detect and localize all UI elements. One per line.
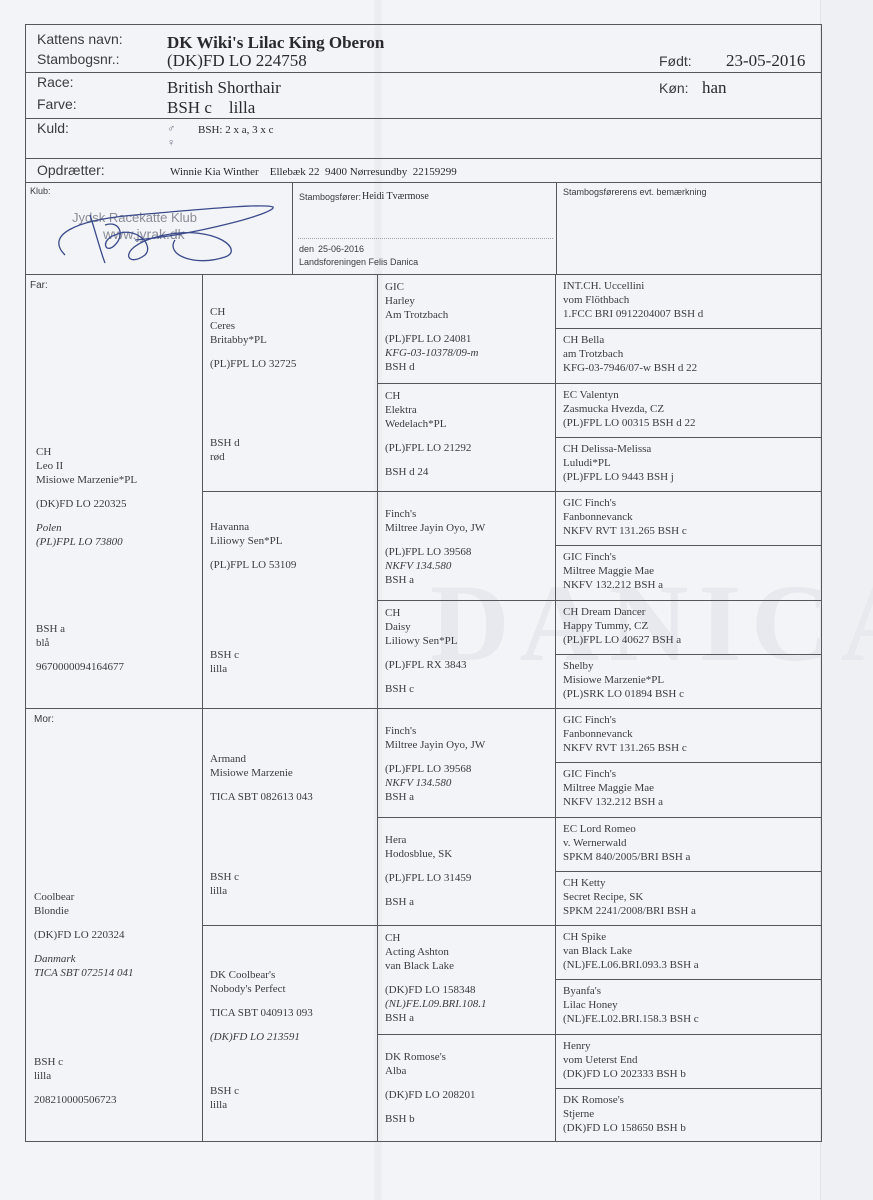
cell-line: NKFV 134.580: [385, 559, 485, 573]
cell-line: (NL)FE.L02.BRI.158.3 BSH c: [563, 1012, 699, 1026]
cell-line: lilla: [210, 884, 239, 898]
reg-number: (DK)FD LO 224758: [167, 51, 307, 71]
cell-line: [210, 996, 313, 1006]
cell-line: Miltree Maggie Mae: [563, 564, 663, 578]
divider: [377, 600, 822, 601]
cell-line: Ceres: [210, 319, 296, 333]
cell-line: [385, 672, 467, 682]
cell-line: (DK)FD LO 158650 BSH b: [563, 1121, 686, 1135]
cell-line: CH Spike: [563, 930, 699, 944]
cell-line: CH Ketty: [563, 876, 696, 890]
great-great-grandparent-10: GIC Finch'sMiltree Maggie MaeNKFV 132.21…: [563, 767, 663, 809]
great-grandparent-2: CHElektraWedelach*PL(PL)FPL LO 21292BSH …: [385, 389, 471, 479]
cell-line: [385, 861, 471, 871]
cell-line: [385, 455, 471, 465]
cell-line: BSH b: [385, 1112, 475, 1126]
cell-line: CH: [36, 445, 137, 459]
great-great-grandparent-6: GIC Finch'sMiltree Maggie MaeNKFV 132.21…: [563, 550, 663, 592]
cell-line: Secret Recipe, SK: [563, 890, 696, 904]
cell-line: CH Delissa-Melissa: [563, 442, 674, 456]
cell-line: (DK)FD LO 202333 BSH b: [563, 1067, 686, 1081]
cell-line: (PL)FPL LO 31459: [385, 871, 471, 885]
cell-line: BSH c: [210, 648, 239, 662]
great-great-grandparent-11: EC Lord Romeov. WernerwaldSPKM 840/2005/…: [563, 822, 690, 864]
cell-line: KFG-03-7946/07-w BSH d 22: [563, 361, 697, 375]
cell-line: SPKM 2241/2008/BRI BSH a: [563, 904, 696, 918]
sex-value: han: [702, 78, 727, 98]
cell-line: Liliowy Sen*PL: [385, 634, 467, 648]
cell-line: NKFV 132.212 BSH a: [563, 795, 663, 809]
cell-line: 208210000506723: [34, 1093, 117, 1107]
cell-line: van Black Lake: [563, 944, 699, 958]
cell-line: (PL)FPL LO 21292: [385, 441, 471, 455]
cell-line: SPKM 840/2005/BRI BSH a: [563, 850, 690, 864]
breed-label: Race:: [37, 74, 74, 90]
grandparent-3-color: BSH clilla: [210, 870, 239, 898]
cell-line: [210, 1020, 313, 1030]
grandparent-4: DK Coolbear'sNobody's PerfectTICA SBT 04…: [210, 968, 313, 1044]
female-symbol-icon: ♀: [167, 137, 175, 149]
remarks-label: Stambogsførerens evt. bemærkning: [563, 187, 707, 197]
cell-line: CH: [385, 606, 467, 620]
cell-line: Nobody's Perfect: [210, 982, 313, 996]
cell-line: [210, 548, 296, 558]
cell-line: vom Flöthbach: [563, 293, 703, 307]
cell-line: TICA SBT 072514 041: [34, 966, 134, 980]
cell-line: TICA SBT 082613 043: [210, 790, 313, 804]
great-great-grandparent-5: GIC Finch'sFanbonnevanckNKFV RVT 131.265…: [563, 496, 687, 538]
grandparent-4-color: BSH clilla: [210, 1084, 239, 1112]
cell-line: Shelby: [563, 659, 684, 673]
cell-line: 1.FCC BRI 0912204007 BSH d: [563, 307, 703, 321]
cell-line: (PL)FPL LO 00315 BSH d 22: [563, 416, 696, 430]
cell-line: Luludi*PL: [563, 456, 674, 470]
divider: [555, 1088, 822, 1089]
divider: [202, 925, 822, 926]
great-grandparent-1: GICHarleyAm Trotzbach(PL)FPL LO 24081KFG…: [385, 280, 479, 374]
cell-line: rød: [210, 450, 240, 464]
cell-line: CH: [210, 305, 296, 319]
great-grandparent-5: Finch'sMiltree Jayin Oyo, JW(PL)FPL LO 3…: [385, 714, 485, 804]
cell-line: [210, 780, 313, 790]
cell-line: GIC Finch's: [563, 713, 687, 727]
cell-line: CH Dream Dancer: [563, 605, 681, 619]
cell-line: NKFV RVT 131.265 BSH c: [563, 524, 687, 538]
cell-line: BSH a: [385, 573, 485, 587]
cell-line: BSH c: [34, 1055, 117, 1069]
cell-line: Danmark: [34, 952, 134, 966]
cell-line: CH: [385, 389, 471, 403]
divider: [25, 182, 822, 183]
great-great-grandparent-16: DK Romose'sStjerne(DK)FD LO 158650 BSH b: [563, 1093, 686, 1135]
signature-icon: [45, 195, 280, 270]
cell-line: BSH a: [385, 1011, 486, 1025]
great-great-grandparent-9: GIC Finch'sFanbonnevanckNKFV RVT 131.265…: [563, 713, 687, 755]
color-label: Farve:: [37, 96, 77, 112]
great-grandparent-4: CHDaisyLiliowy Sen*PL(PL)FPL RX 3843BSH …: [385, 606, 467, 696]
cell-line: Coolbear: [34, 890, 134, 904]
cell-line: (DK)FD LO 220324: [34, 928, 134, 942]
cell-line: (PL)FPL LO 39568: [385, 545, 485, 559]
cell-line: Leo II: [36, 459, 137, 473]
divider: [377, 817, 822, 818]
divider: [292, 182, 293, 274]
divider: [555, 545, 822, 546]
cell-line: [385, 431, 471, 441]
cell-line: (PL)FPL LO 53109: [210, 558, 296, 572]
divider: [377, 383, 822, 384]
breed-value: British Shorthair: [167, 78, 281, 98]
cell-line: [36, 511, 137, 521]
great-grandparent-6: HeraHodosblue, SK(PL)FPL LO 31459BSH a: [385, 823, 471, 909]
cell-line: blå: [36, 636, 124, 650]
registrar-date-label: den: [299, 244, 314, 254]
divider: [556, 182, 557, 274]
dam-label: Mor:: [34, 714, 54, 725]
cell-line: [385, 648, 467, 658]
cell-line: Alba: [385, 1064, 475, 1078]
cell-line: [36, 650, 124, 660]
great-great-grandparent-4: CH Delissa-MelissaLuludi*PL(PL)FPL LO 94…: [563, 442, 674, 484]
cell-line: Armand: [210, 752, 313, 766]
great-great-grandparent-1: INT.CH. Uccellinivom Flöthbach1.FCC BRI …: [563, 279, 703, 321]
cell-line: Miltree Maggie Mae: [563, 781, 663, 795]
cell-line: [385, 1102, 475, 1112]
cell-line: EC Lord Romeo: [563, 822, 690, 836]
cell-line: BSH d: [385, 360, 479, 374]
cell-line: Fanbonnevanck: [563, 727, 687, 741]
dam-info: CoolbearBlondie(DK)FD LO 220324DanmarkTI…: [34, 890, 134, 980]
cell-line: (NL)FE.L09.BRI.108.1: [385, 997, 486, 1011]
litter-male-value: BSH: 2 x a, 3 x c: [198, 124, 273, 136]
great-great-grandparent-15: Henryvom Ueterst End(DK)FD LO 202333 BSH…: [563, 1039, 686, 1081]
cell-line: (DK)FD LO 208201: [385, 1088, 475, 1102]
cell-line: INT.CH. Uccellini: [563, 279, 703, 293]
cell-line: [385, 885, 471, 895]
sex-label: Køn:: [659, 80, 689, 96]
cell-line: BSH d: [210, 436, 240, 450]
cell-line: Wedelach*PL: [385, 417, 471, 431]
dam-color: BSH clilla208210000506723: [34, 1055, 117, 1107]
cell-line: [385, 1040, 475, 1050]
reg-label: Stambogsnr.:: [37, 51, 120, 67]
cell-line: [34, 1083, 117, 1093]
cell-line: (DK)FD LO 220325: [36, 497, 137, 511]
cell-line: [385, 1078, 475, 1088]
cell-line: Fanbonnevanck: [563, 510, 687, 524]
cell-line: DK Coolbear's: [210, 968, 313, 982]
cell-line: (NL)FE.L06.BRI.093.3 BSH a: [563, 958, 699, 972]
divider: [377, 1034, 822, 1035]
great-great-grandparent-3: EC ValentynZasmucka Hvezda, CZ(PL)FPL LO…: [563, 388, 696, 430]
cell-line: Lilac Honey: [563, 998, 699, 1012]
divider: [555, 979, 822, 980]
cell-line: Blondie: [34, 904, 134, 918]
divider: [555, 328, 822, 329]
cell-line: lilla: [210, 662, 239, 676]
cell-line: [385, 823, 471, 833]
cell-line: [385, 714, 485, 724]
cell-line: [34, 918, 134, 928]
cell-line: [385, 497, 485, 507]
cell-line: BSH c: [210, 1084, 239, 1098]
signature-line: [298, 238, 553, 239]
cell-line: (PL)SRK LO 01894 BSH c: [563, 687, 684, 701]
registrar-date: 25-06-2016: [318, 244, 364, 254]
cell-line: Byanfa's: [563, 984, 699, 998]
divider: [25, 158, 822, 159]
cell-line: Happy Tummy, CZ: [563, 619, 681, 633]
cell-line: DK Romose's: [385, 1050, 475, 1064]
cell-line: GIC Finch's: [563, 767, 663, 781]
cell-line: DK Romose's: [563, 1093, 686, 1107]
divider: [25, 118, 822, 119]
cell-line: BSH c: [210, 870, 239, 884]
cell-line: Am Trotzbach: [385, 308, 479, 322]
color-value: BSH c lilla: [167, 98, 255, 118]
grandparent-1: CHCeresBritabby*PL(PL)FPL LO 32725: [210, 305, 296, 371]
cell-line: Elektra: [385, 403, 471, 417]
cell-line: [385, 973, 486, 983]
cell-line: BSH a: [385, 895, 471, 909]
cell-line: GIC Finch's: [563, 550, 663, 564]
sire-info: CHLeo IIMisiowe Marzenie*PL(DK)FD LO 220…: [36, 445, 137, 549]
cell-line: BSH a: [385, 790, 485, 804]
cell-line: BSH c: [385, 682, 467, 696]
cat-name: DK Wiki's Lilac King Oberon: [167, 33, 384, 53]
great-grandparent-3: Finch'sMiltree Jayin Oyo, JW(PL)FPL LO 3…: [385, 497, 485, 587]
cell-line: [385, 752, 485, 762]
cell-line: Daisy: [385, 620, 467, 634]
cell-line: (DK)FD LO 213591: [210, 1030, 313, 1044]
cell-line: [385, 535, 485, 545]
cell-line: CH: [385, 931, 486, 945]
divider: [555, 871, 822, 872]
divider: [25, 708, 822, 709]
cell-line: [36, 487, 137, 497]
cell-line: Polen: [36, 521, 137, 535]
grandparent-2-color: BSH clilla: [210, 648, 239, 676]
cell-line: Havanna: [210, 520, 296, 534]
cell-line: [385, 322, 479, 332]
grandparent-3: ArmandMisiowe MarzenieTICA SBT 082613 04…: [210, 752, 313, 804]
divider: [377, 274, 378, 1142]
sire-color: BSH ablå9670000094164677: [36, 622, 124, 674]
cell-line: van Black Lake: [385, 959, 486, 973]
cell-line: Liliowy Sen*PL: [210, 534, 296, 548]
cell-line: [34, 942, 134, 952]
divider: [555, 437, 822, 438]
cell-line: v. Wernerwald: [563, 836, 690, 850]
cell-line: Finch's: [385, 507, 485, 521]
cell-line: (PL)FPL LO 73800: [36, 535, 137, 549]
cell-line: (PL)FPL LO 24081: [385, 332, 479, 346]
cell-line: Acting Ashton: [385, 945, 486, 959]
divider: [25, 72, 822, 73]
cell-line: Stjerne: [563, 1107, 686, 1121]
cell-line: BSH d 24: [385, 465, 471, 479]
cell-line: GIC Finch's: [563, 496, 687, 510]
divider: [202, 274, 203, 1142]
registrar-name: Heidi Tværmose: [362, 191, 429, 202]
born-date: 23-05-2016: [726, 51, 805, 71]
cell-line: Harley: [385, 294, 479, 308]
great-great-grandparent-12: CH KettySecret Recipe, SKSPKM 2241/2008/…: [563, 876, 696, 918]
cell-line: TICA SBT 040913 093: [210, 1006, 313, 1020]
grandparent-2: HavannaLiliowy Sen*PL(PL)FPL LO 53109: [210, 520, 296, 572]
grandparent-1-color: BSH drød: [210, 436, 240, 464]
cell-line: Misiowe Marzenie*PL: [563, 673, 684, 687]
divider: [555, 274, 556, 1142]
sire-label: Far:: [30, 280, 48, 291]
cell-line: Zasmucka Hvezda, CZ: [563, 402, 696, 416]
divider: [202, 491, 822, 492]
cell-line: Miltree Jayin Oyo, JW: [385, 521, 485, 535]
great-great-grandparent-14: Byanfa'sLilac Honey(NL)FE.L02.BRI.158.3 …: [563, 984, 699, 1026]
cell-line: lilla: [210, 1098, 239, 1112]
cell-line: (PL)FPL LO 32725: [210, 357, 296, 371]
registrar-label: Stambogsfører:: [299, 192, 361, 202]
cell-line: (DK)FD LO 158348: [385, 983, 486, 997]
cell-line: Hodosblue, SK: [385, 847, 471, 861]
cell-line: lilla: [34, 1069, 117, 1083]
great-great-grandparent-8: ShelbyMisiowe Marzenie*PL(PL)SRK LO 0189…: [563, 659, 684, 701]
litter-label: Kuld:: [37, 120, 69, 136]
cell-line: (PL)FPL LO 40627 BSH a: [563, 633, 681, 647]
cell-line: CH Bella: [563, 333, 697, 347]
cell-line: Miltree Jayin Oyo, JW: [385, 738, 485, 752]
cell-line: NKFV 134.580: [385, 776, 485, 790]
cell-line: KFG-03-10378/09-m: [385, 346, 479, 360]
cell-line: Henry: [563, 1039, 686, 1053]
great-grandparent-8: DK Romose'sAlba(DK)FD LO 208201BSH b: [385, 1040, 475, 1126]
cell-line: 9670000094164677: [36, 660, 124, 674]
name-label: Kattens navn:: [37, 31, 123, 47]
great-grandparent-7: CHActing Ashtonvan Black Lake(DK)FD LO 1…: [385, 931, 486, 1025]
cell-line: (PL)FPL LO 9443 BSH j: [563, 470, 674, 484]
divider: [555, 762, 822, 763]
registrar-org: Landsforeningen Felis Danica: [299, 257, 418, 267]
divider: [555, 654, 822, 655]
born-label: Født:: [659, 53, 692, 69]
divider: [25, 274, 822, 275]
cell-line: NKFV RVT 131.265 BSH c: [563, 741, 687, 755]
cell-line: BSH a: [36, 622, 124, 636]
great-great-grandparent-7: CH Dream DancerHappy Tummy, CZ(PL)FPL LO…: [563, 605, 681, 647]
cell-line: am Trotzbach: [563, 347, 697, 361]
cell-line: Finch's: [385, 724, 485, 738]
great-great-grandparent-2: CH Bellaam TrotzbachKFG-03-7946/07-w BSH…: [563, 333, 697, 375]
cell-line: Britabby*PL: [210, 333, 296, 347]
cell-line: Hera: [385, 833, 471, 847]
breeder-label: Opdrætter:: [37, 162, 105, 178]
cell-line: Misiowe Marzenie: [210, 766, 313, 780]
cell-line: NKFV 132.212 BSH a: [563, 578, 663, 592]
great-great-grandparent-13: CH Spikevan Black Lake(NL)FE.L06.BRI.093…: [563, 930, 699, 972]
cell-line: EC Valentyn: [563, 388, 696, 402]
cell-line: (PL)FPL LO 39568: [385, 762, 485, 776]
male-symbol-icon: ♂: [167, 123, 175, 135]
cell-line: Misiowe Marzenie*PL: [36, 473, 137, 487]
cell-line: (PL)FPL RX 3843: [385, 658, 467, 672]
cell-line: vom Ueterst End: [563, 1053, 686, 1067]
breeder-value: Winnie Kia Winther Ellebæk 22 9400 Nørre…: [170, 166, 457, 178]
cell-line: GIC: [385, 280, 479, 294]
cell-line: [210, 347, 296, 357]
